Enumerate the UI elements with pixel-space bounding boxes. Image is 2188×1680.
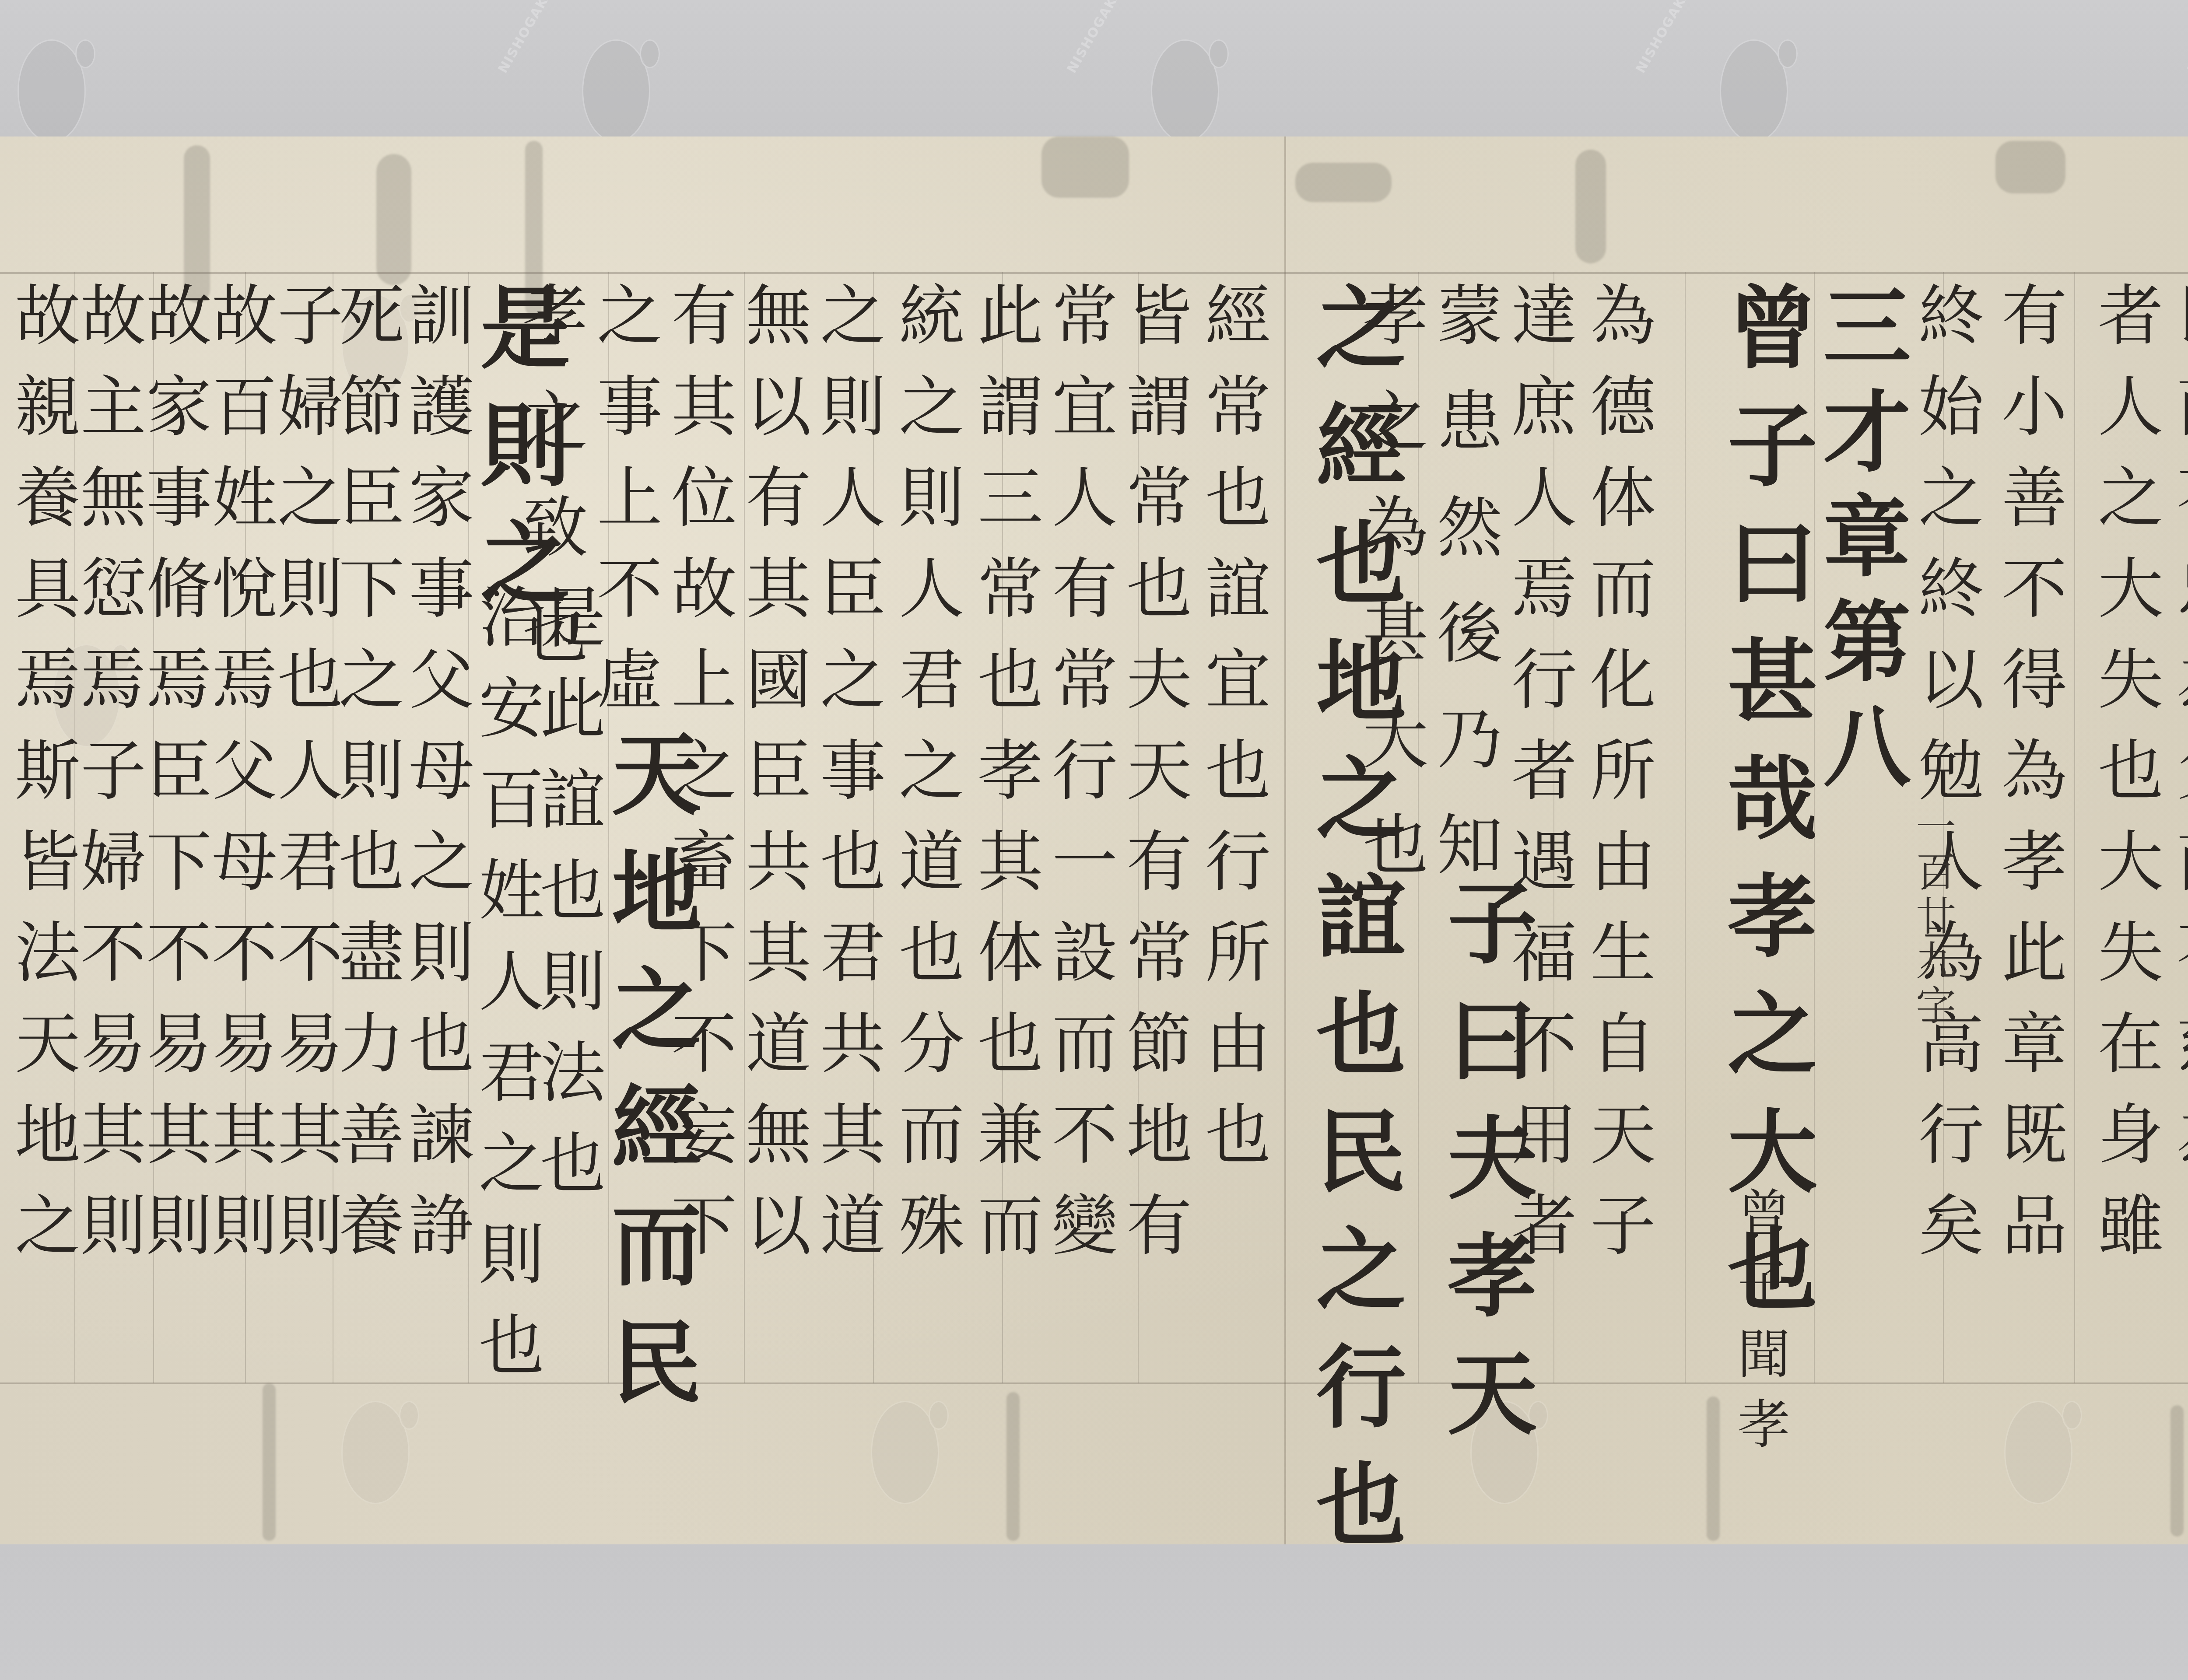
main-text-column: 子曰夫孝天	[1440, 876, 1529, 1464]
commentary-column: 為德体而化所由生自天子	[1584, 281, 1650, 1282]
commentary-column: 故親養具焉斯皆法天地之	[9, 281, 74, 1282]
chapter-title: 三才章第八	[1816, 281, 1904, 806]
watermark-logo-icon: NISHOGAKUSHA	[1133, 13, 1234, 144]
commentary-column: 死節臣下之則也盡力善養	[333, 281, 398, 1282]
commentary-column: 故主無愆焉子婦不易其則	[74, 281, 140, 1282]
top-backdrop: NISHOGAKUSHA NISHOGAKUSHA NISHOGAKUSHA N…	[0, 0, 2188, 136]
commentary-column: 蒙患然後乃知	[1431, 281, 1497, 916]
commentary-column: 訓護家事父母之則也諫諍	[403, 281, 468, 1282]
bottom-backdrop	[0, 1544, 2188, 1680]
commentary-column: 故百姓悅焉父母不易其則	[206, 281, 271, 1282]
commentary-column: 是此誼也則法也	[534, 583, 600, 1220]
commentary-column: 治安百姓人君之則也	[473, 583, 538, 1402]
commentary-column: 統之則人君之道也分而殊	[893, 281, 958, 1282]
main-text-column: 是則之	[473, 281, 562, 634]
chapter-character-count: 一百廿九字	[1912, 806, 1953, 1029]
commentary-column: 曾子聞孝	[1733, 1186, 1785, 1466]
commentary-column: 此謂三常也孝其体也兼而	[971, 281, 1037, 1282]
commentary-column: 經常也誼宜也行所由也	[1199, 281, 1265, 1191]
main-text-column: 曾子曰甚哉孝之大也	[1720, 281, 1809, 1340]
watermark-logo-icon: NISHOGAKUSHA	[0, 13, 101, 144]
commentary-column: 常宜人有常行一設而不變	[1046, 281, 1112, 1282]
watermark-logo-icon: NISHOGAKUSHA	[1702, 13, 1803, 144]
commentary-column: 子婦之則也人君不易其則	[271, 281, 337, 1282]
main-text-column: 之經也地之誼也民之行也	[1308, 281, 1398, 1575]
text-column: 終始之終以勉人為高行矣	[1912, 281, 1978, 1282]
commentary-column: 故家事脩焉臣下不易其則	[140, 281, 206, 1282]
text-column: 臣而不忠為父而不慈為	[2170, 281, 2188, 1191]
manuscript-paper: 為子而順此四者人之大節 也大節在身雖有小過不為 不孝為君而不忠為子而不順此四 臣…	[0, 136, 2188, 1544]
commentary-column: 之則人臣之事也君共其道	[814, 281, 880, 1282]
commentary-column: 皆謂常也夫天有常節地有	[1120, 281, 1186, 1282]
main-text-column: 天地之經而民	[604, 727, 694, 1433]
text-column: 者人之大失也大失在身雖	[2092, 281, 2157, 1282]
sheet-seam	[1284, 136, 1286, 1544]
watermark-logo-icon: NISHOGAKUSHA	[565, 13, 665, 144]
